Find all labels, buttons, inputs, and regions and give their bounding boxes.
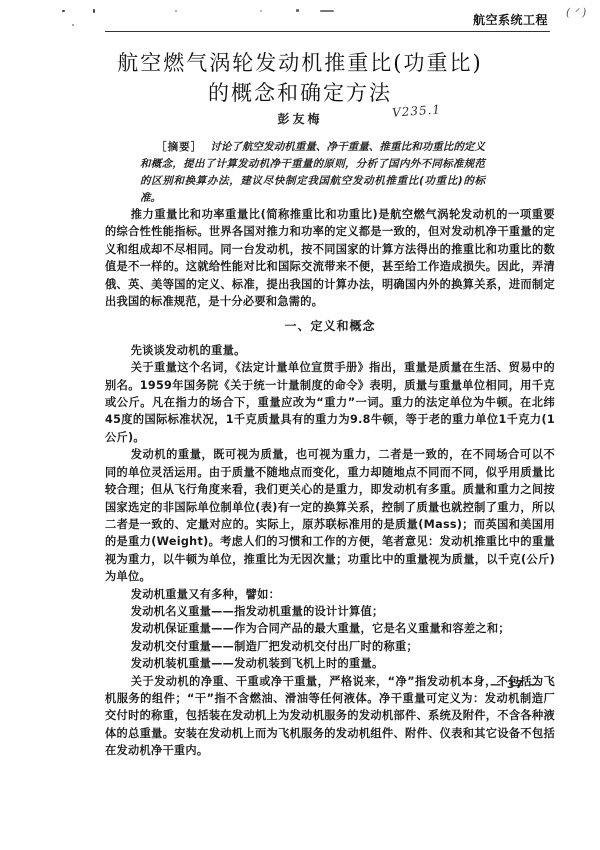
intro-paragraph: 推力重量比和功率重量比(简称推重比和功重比)是航空燃气涡轮发动机的一项重要的综合…	[105, 206, 555, 310]
title-line-2: 的概念和确定方法	[0, 78, 600, 108]
body-paragraph: 先谈谈发动机的重量。	[105, 342, 555, 359]
section-heading: 一、定义和概念	[105, 318, 555, 335]
body-paragraph: 关于重量这个名词，《法定计量单位宣贯手册》指出，重量是质量在生活、贸易中的别名。…	[105, 359, 555, 446]
article-title: 航空燃气涡轮发动机推重比(功重比) 的概念和确定方法	[0, 48, 600, 108]
definition-item: 发动机交付重量——制造厂把发动机交付出厂时的称重；	[105, 638, 555, 655]
scan-speck	[62, 10, 65, 12]
body-paragraph: 关于发动机的净重、干重或净干重量，严格说来，“净”指发动机本身，不包括为飞机服务…	[105, 673, 555, 760]
journal-name: 航空系统工程	[473, 11, 548, 28]
definition-item: 发动机装机重量——发动机装到飞机上时的重量。	[105, 655, 555, 672]
page-number: — 37 —	[490, 678, 541, 691]
body-paragraph: 发动机重量又有多种，譬如：	[105, 586, 555, 603]
running-header: 航空系统工程	[105, 6, 550, 32]
abstract: ［摘要］讨论了航空发动机重量、净干重量、推重比和功重比的定义和概念，提出了计算发…	[140, 139, 485, 207]
scan-speck	[72, 24, 74, 26]
scan-speck	[93, 9, 95, 13]
title-line-1: 航空燃气涡轮发动机推重比(功重比)	[0, 48, 600, 78]
body-paragraph: 发动机的重量，既可视为质量，也可视为重力，二者是一致的，在不同场合可以不同的单位…	[105, 446, 555, 585]
author-name: 彭友梅	[0, 110, 600, 127]
definition-item: 发动机名义重量——指发动机重量的设计计算值；	[105, 603, 555, 620]
definition-item: 发动机保证重量——作为合同产品的最大重量，它是名义重量和容差之和；	[105, 620, 555, 637]
corner-scan-mark: ( ᐟ )	[566, 6, 586, 19]
article-body: 推力重量比和功率重量比(简称推重比和功重比)是航空燃气涡轮发动机的一项重要的综合…	[105, 206, 555, 760]
abstract-label: ［摘要］	[156, 141, 202, 153]
